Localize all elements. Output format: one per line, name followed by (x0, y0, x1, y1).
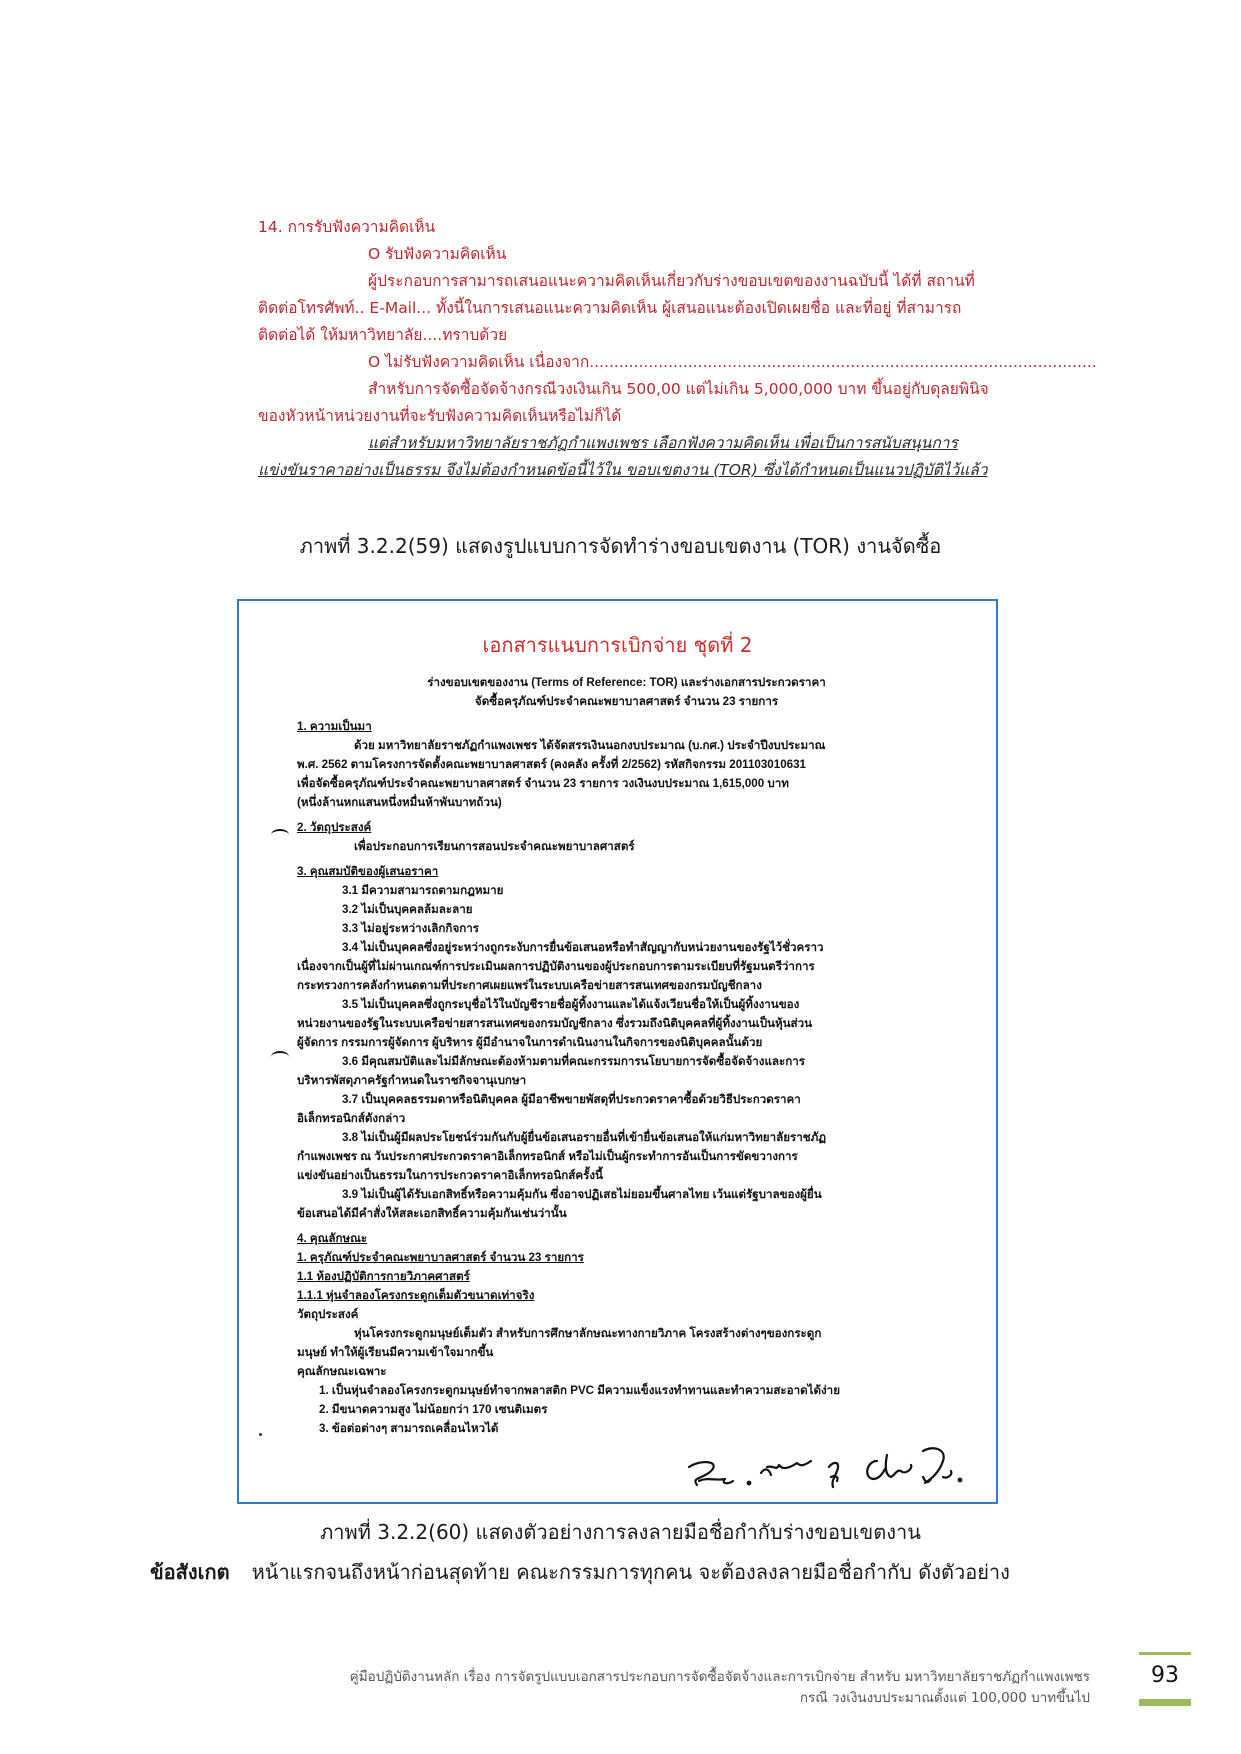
scan-hole-mark-icon (271, 1051, 289, 1063)
section-2-line: เพื่อประกอบการเรียนการสอนประจำคณะพยาบาลศ… (297, 837, 956, 856)
spec-item-title: 1.1.1 หุ่นจำลองโครงกระดูกเต็มตัวขนาดเท่า… (297, 1286, 956, 1305)
qualification-item: 3.3 ไม่อยู่ระหว่างเลิกกิจการ (297, 919, 956, 938)
objective-line: หุ่นโครงกระดูกมนุษย์เต็มตัว สำหรับการศึก… (297, 1324, 956, 1343)
qualification-item-cont: กระทรวงการคลังกำหนดตามที่ประกาศเผยแพร่ใน… (297, 976, 956, 995)
figure-caption-60: ภาพที่ 3.2.2(60) แสดงตัวอย่างการลงลายมือ… (0, 1516, 1241, 1548)
section-1-title: 1. ความเป็นมา (297, 717, 956, 736)
qualification-item: 3.7 เป็นบุคคลธรรมดาหรือนิติบุคคล ผู้มีอา… (297, 1090, 956, 1109)
footer-line-2: กรณี วงเงินงบประมาณตั้งแต่ 100,000 บาทขึ… (270, 1688, 1090, 1709)
page-footer: คู่มือปฏิบัติงานหลัก เรื่อง การจัดรูปแบบ… (270, 1667, 1090, 1709)
embedded-document-frame: เอกสารแนบการเบิกจ่าย ชุดที่ 2 ร่างขอบเขต… (237, 599, 998, 1504)
objective-label: วัตถุประสงค์ (297, 1305, 956, 1324)
footer-line-1: คู่มือปฏิบัติงานหลัก เรื่อง การจัดรูปแบบ… (270, 1667, 1090, 1688)
threshold-1: สำหรับการจัดซื้อจัดจ้างกรณีวงเงินเกิน 50… (258, 376, 978, 403)
qualification-item-cont: บริหารพัสดุภาครัฐกำหนดในราชกิจจานุเบกษา (297, 1071, 956, 1090)
objective-line: มนุษย์ ทำให้ผู้เรียนมีความเข้าใจมากขึ้น (297, 1343, 956, 1362)
section-1-line: พ.ศ. 2562 ตามโครงการจัดตั้งคณะพยาบาลศาสต… (297, 755, 956, 774)
observation-text: หน้าแรกจนถึงหน้าก่อนสุดท้าย คณะกรรมการทุ… (252, 1560, 1010, 1584)
section-14-heading: 14. การรับฟังความคิดเห็น (258, 214, 978, 241)
scanned-tor-text: ร่างขอบเขตของงาน (Terms of Reference: TO… (297, 673, 956, 1438)
qualification-item-cont: กำแพงเพชร ณ วันประกาศประกวดราคาอิเล็กทรอ… (297, 1147, 956, 1166)
embedded-doc-title: เอกสารแนบการเบิกจ่าย ชุดที่ 2 (239, 629, 996, 661)
figure-caption-59: ภาพที่ 3.2.2(59) แสดงรูปแบบการจัดทำร่างข… (0, 530, 1241, 562)
tor-header-1: ร่างขอบเขตของงาน (Terms of Reference: TO… (297, 673, 956, 692)
qualification-item: 3.6 มีคุณสมบัติและไม่มีลักษณะต้องห้ามตาม… (297, 1052, 956, 1071)
spec-list-item: 2. มีขนาดความสูง ไม่น้อยกว่า 170 เซนติเม… (297, 1400, 956, 1419)
qualification-item-cont: แข่งขันอย่างเป็นธรรมในการประกวดราคาอิเล็… (297, 1166, 956, 1185)
scan-hole-mark-icon (271, 829, 289, 841)
page-number-top-bar (1139, 1652, 1191, 1655)
section-1-line: ด้วย มหาวิทยาลัยราชภัฏกำแพงเพชร ได้จัดสร… (297, 736, 956, 755)
page-number-block: 93 (1139, 1652, 1191, 1706)
spec-subcategory: 1.1 ห้องปฏิบัติการกายวิภาคศาสตร์ (297, 1267, 956, 1286)
qualification-item: 3.8 ไม่เป็นผู้มีผลประโยชน์ร่วมกันกับผู้ย… (297, 1128, 956, 1147)
accept-desc-2: ติดต่อโทรศัพท์.. E-Mail... ทั้งนี้ในการเ… (258, 295, 978, 322)
qualification-item: 3.9 ไม่เป็นผู้ได้รับเอกสิทธิ์หรือความคุ้… (297, 1185, 956, 1204)
section-2-title: 2. วัตถุประสงค์ (297, 818, 956, 837)
option-reject-comments: O ไม่รับฟังความคิดเห็น เนื่องจาก........… (258, 349, 978, 376)
qualification-item-cont: ผู้จัดการ กรรมการผู้จัดการ ผู้บริหาร ผู้… (297, 1033, 956, 1052)
page-number: 93 (1139, 1661, 1191, 1691)
qualification-item: 3.5 ไม่เป็นบุคคลซึ่งถูกระบุชื่อไว้ในบัญช… (297, 995, 956, 1014)
observation-label: ข้อสังเกต (150, 1560, 230, 1584)
section-4-title: 4. คุณลักษณะ (297, 1229, 956, 1248)
accept-desc-3: ติดต่อได้ ให้มหาวิทยาลัย....ทราบด้วย (258, 322, 978, 349)
spec-category: 1. ครุภัณฑ์ประจำคณะพยาบาลศาสตร์ จำนวน 23… (297, 1248, 956, 1267)
spec-list-item: 3. ข้อต่อต่างๆ สามารถเคลื่อนไหวได้ (297, 1419, 956, 1438)
handwritten-signatures-icon (681, 1437, 971, 1492)
section-1-line: (หนึ่งล้านหกแสนหนึ่งหมื่นห้าพันบาทถ้วน) (297, 793, 956, 812)
university-note-2: แข่งขันราคาอย่างเป็นธรรม จึงไม่ต้องกำหนด… (258, 457, 978, 484)
threshold-2: ของหัวหน้าหน่วยงานที่จะรับฟังความคิดเห็น… (258, 403, 978, 430)
section-3-title: 3. คุณสมบัติของผู้เสนอราคา (297, 862, 956, 881)
qualification-item-cont: ข้อเสนอได้มีคำสั่งให้สละเอกสิทธิ์ความคุ้… (297, 1204, 956, 1223)
accept-desc-1: ผู้ประกอบการสามารถเสนอแนะความคิดเห็นเกี่… (258, 268, 978, 295)
section-14: 14. การรับฟังความคิดเห็น O รับฟังความคิด… (258, 214, 978, 484)
spec-label: คุณลักษณะเฉพาะ (297, 1362, 956, 1381)
qualification-item: 3.4 ไม่เป็นบุคคลซึ่งอยู่ระหว่างถูกระงับก… (297, 938, 956, 957)
qualification-item-cont: เนื่องจากเป็นผู้ที่ไม่ผ่านเกณฑ์การประเมิ… (297, 957, 956, 976)
observation-note: ข้อสังเกตหน้าแรกจนถึงหน้าก่อนสุดท้าย คณะ… (150, 1556, 1010, 1588)
qualification-item-cont: หน่วยงานของรัฐในระบบเครือข่ายสารสนเทศของ… (297, 1014, 956, 1033)
page-number-bottom-bar (1139, 1699, 1191, 1706)
spec-list-item: 1. เป็นหุ่นจำลองโครงกระดูกมนุษย์ทำจากพลา… (297, 1381, 956, 1400)
qualification-item-cont: อิเล็กทรอนิกส์ดังกล่าว (297, 1109, 956, 1128)
scan-speck (259, 1433, 262, 1436)
university-note-1: แต่สำหรับมหาวิทยาลัยราชภัฏกำแพงเพชร เลือ… (258, 430, 978, 457)
tor-header-2: จัดซื้อครุภัณฑ์ประจำคณะพยาบาลศาสตร์ จำนว… (297, 692, 956, 711)
qualification-item: 3.1 มีความสามารถตามกฎหมาย (297, 881, 956, 900)
qualification-item: 3.2 ไม่เป็นบุคคลล้มละลาย (297, 900, 956, 919)
section-1-line: เพื่อจัดซื้อครุภัณฑ์ประจำคณะพยาบาลศาสตร์… (297, 774, 956, 793)
option-accept-comments: O รับฟังความคิดเห็น (258, 241, 978, 268)
